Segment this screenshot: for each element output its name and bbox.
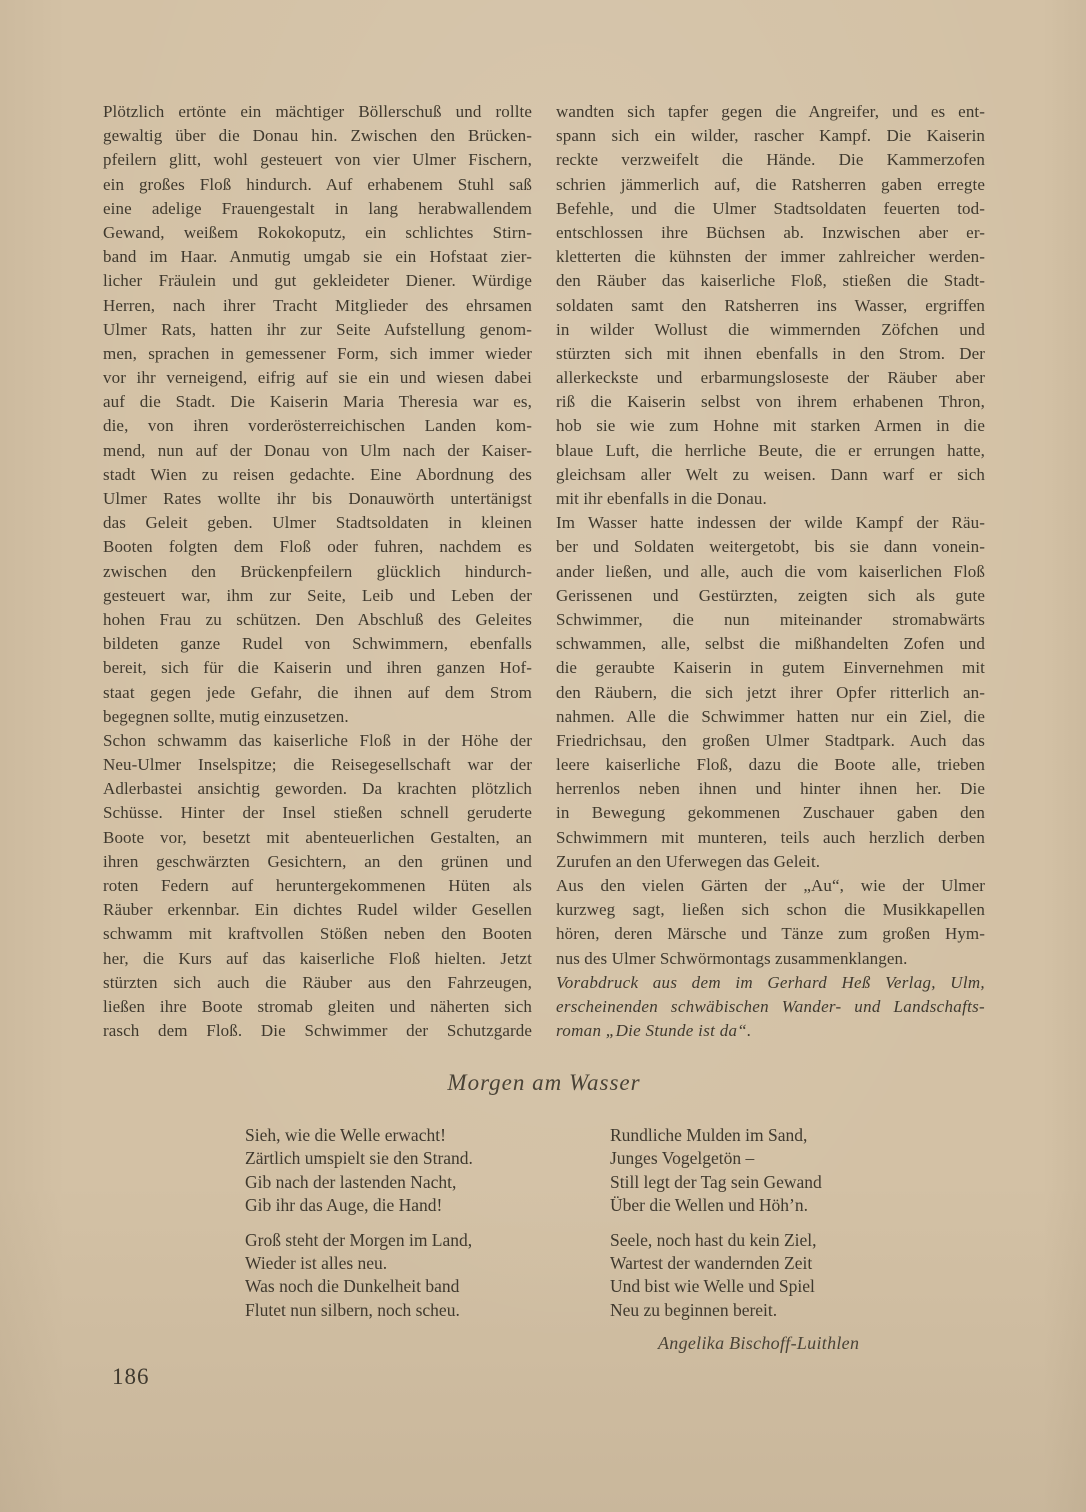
poem-line: Junges Vogelgetön – (610, 1147, 975, 1170)
text-line: Schwimmer, die nun miteinander stromabwä… (556, 608, 985, 632)
text-line: in wilder Wollust die wimmernden Zöfchen… (556, 318, 985, 342)
text-line: hohen Frau zu schützen. Den Abschluß des… (103, 608, 532, 632)
poem-right-column: Rundliche Mulden im Sand,Junges Vogelget… (610, 1124, 975, 1354)
text-line: leere kaiserliche Floß, dazu die Boote a… (556, 753, 985, 777)
text-line: schrien jämmerlich auf, die Ratsherren g… (556, 173, 985, 197)
text-line: ein großes Floß hindurch. Auf erhabenem … (103, 173, 532, 197)
text-line: gleichsam aller Welt zu weisen. Dann war… (556, 463, 985, 487)
poem-line: Über die Wellen und Höh’n. (610, 1194, 975, 1217)
text-line: Schüsse. Hinter der Insel stießen schnel… (103, 801, 532, 825)
text-line: Ulmer Rats, hatten ihr zur Seite Aufstel… (103, 318, 532, 342)
text-line: Herren, nach ihrer Tracht Mitglieder des… (103, 294, 532, 318)
text-line: men, sprachen in gemessener Form, sich i… (103, 342, 532, 366)
text-line: herrenlos neben ihnen und hinter ihnen h… (556, 777, 985, 801)
text-line: Boote vor, besetzt mit abenteuerlichen G… (103, 826, 532, 850)
body-paragraph: Aus den vielen Gärten der „Au“, wie der … (556, 874, 985, 971)
text-line: die, von ihren vorderösterreichischen La… (103, 414, 532, 438)
body-paragraph: Im Wasser hatte indessen der wilde Kampf… (556, 511, 985, 874)
text-line: entschlossen ihre Büchsen ab. Inzwischen… (556, 221, 985, 245)
text-line: den Räubern, die sich jetzt ihrer Opfer … (556, 681, 985, 705)
text-line: stadt Wien zu reisen gedachte. Eine Abor… (103, 463, 532, 487)
text-line: riß die Kaiserin selbst von ihrem erhabe… (556, 390, 985, 414)
text-line: Im Wasser hatte indessen der wilde Kampf… (556, 511, 985, 535)
right-column: wandten sich tapfer gegen die Angreifer,… (556, 100, 985, 1043)
poem-left-column: Sieh, wie die Welle erwacht!Zärtlich ums… (245, 1124, 610, 1354)
text-line: band im Haar. Anmutig umgab sie ein Hofs… (103, 245, 532, 269)
text-line: die geraubte Kaiserin in gutem Einverneh… (556, 656, 985, 680)
poem-stanza: Rundliche Mulden im Sand,Junges Vogelget… (610, 1124, 975, 1218)
text-line: Booten folgten dem Floß oder fuhren, nac… (103, 535, 532, 559)
poem-line: Neu zu beginnen bereit. (610, 1299, 975, 1322)
text-line: rasch dem Floß. Die Schwimmer der Schutz… (103, 1019, 532, 1043)
text-line: erscheinenden schwäbischen Wander- und L… (556, 995, 985, 1019)
text-line: nus des Ulmer Schwörmontags zusammenklan… (556, 947, 985, 971)
text-line: auf die Stadt. Die Kaiserin Maria Theres… (103, 390, 532, 414)
poem-author: Angelika Bischoff-Luithlen (658, 1333, 975, 1354)
text-line: zwischen den Brückenpfeilern glücklich h… (103, 560, 532, 584)
text-line: mend, nun auf der Donau von Ulm nach der… (103, 439, 532, 463)
text-line: kletterten die kühnsten der immer zahlre… (556, 245, 985, 269)
poem-line: Gib ihr das Auge, die Hand! (245, 1194, 610, 1217)
text-line: allerkeckste und erbarmungsloseste der R… (556, 366, 985, 390)
poem-line: Rundliche Mulden im Sand, (610, 1124, 975, 1147)
text-line: Schwimmern mit munteren, teils auch herz… (556, 826, 985, 850)
text-line: pfeilern glitt, wohl gesteuert von vier … (103, 148, 532, 172)
poem-stanza: Seele, noch hast du kein Ziel,Wartest de… (610, 1229, 975, 1323)
text-line: staat gegen jede Gefahr, die ihnen auf d… (103, 681, 532, 705)
text-line: spann sich ein wilder, rascher Kampf. Di… (556, 124, 985, 148)
text-line: bildeten ganze Rudel von Schwimmern, ebe… (103, 632, 532, 656)
text-line: gewaltig über die Donau hin. Zwischen de… (103, 124, 532, 148)
poem-right-stanzas: Rundliche Mulden im Sand,Junges Vogelget… (610, 1124, 975, 1322)
text-line: Plötzlich ertönte ein mächtiger Böllersc… (103, 100, 532, 124)
poem-line: Wartest der wandernden Zeit (610, 1252, 975, 1275)
text-line: ließen ihre Boote stromab gleiten und nä… (103, 995, 532, 1019)
body-paragraph: wandten sich tapfer gegen die Angreifer,… (556, 100, 985, 511)
text-line: schwammen, alle, selbst die mißhandelten… (556, 632, 985, 656)
text-line: Vorabdruck aus dem im Gerhard Heß Verlag… (556, 971, 985, 995)
poem-line: Seele, noch hast du kein Ziel, (610, 1229, 975, 1252)
text-line: Ulmer Rates wollte ihr bis Donauwörth un… (103, 487, 532, 511)
text-line: kurzweg sagt, ließen sich schon die Musi… (556, 898, 985, 922)
text-line: Befehle, und die Ulmer Stadtsoldaten feu… (556, 197, 985, 221)
text-line: hob sie wie zum Hohne mit starken Armen … (556, 414, 985, 438)
text-line: Neu-Ulmer Inselspitze; die Reisegesellsc… (103, 753, 532, 777)
text-line: ber und Soldaten weitergetobt, bis sie d… (556, 535, 985, 559)
text-line: Schon schwamm das kaiserliche Floß in de… (103, 729, 532, 753)
text-line: licher Fräulein und gut gekleideter Dien… (103, 269, 532, 293)
text-line: her, die Kurs auf das kaiserliche Floß h… (103, 947, 532, 971)
text-line: blaue Luft, die herrliche Beute, die er … (556, 439, 985, 463)
text-line: reckte verzweifelt die Hände. Die Kammer… (556, 148, 985, 172)
poem-line: Zärtlich umspielt sie den Strand. (245, 1147, 610, 1170)
text-line: wandten sich tapfer gegen die Angreifer,… (556, 100, 985, 124)
text-line: nahmen. Alle die Schwimmer hatten nur ei… (556, 705, 985, 729)
poem-line: Sieh, wie die Welle erwacht! (245, 1124, 610, 1147)
text-line: vor ihr verneigend, eifrig auf sie ein u… (103, 366, 532, 390)
text-line: stürzten sich mit ihnen ebenfalls in den… (556, 342, 985, 366)
body-paragraph: Schon schwamm das kaiserliche Floß in de… (103, 729, 532, 1043)
text-line: soldaten samt den Ratsherren ins Wasser,… (556, 294, 985, 318)
credit-paragraph: Vorabdruck aus dem im Gerhard Heß Verlag… (556, 971, 985, 1044)
poem-section: Sieh, wie die Welle erwacht!Zärtlich ums… (245, 1124, 975, 1354)
poem-line: Flutet nun silbern, noch scheu. (245, 1299, 610, 1322)
text-line: begegnen sollte, mutig einzusetzen. (103, 705, 532, 729)
poem-line: Was noch die Dunkelheit band (245, 1275, 610, 1298)
article-text-block: Plötzlich ertönte ein mächtiger Böllersc… (103, 100, 985, 1043)
text-line: gesteuert war, ihm zur Seite, Leib und L… (103, 584, 532, 608)
text-line: roten Federn auf heruntergekommenen Hüte… (103, 874, 532, 898)
body-paragraph: Plötzlich ertönte ein mächtiger Böllersc… (103, 100, 532, 729)
text-line: das Geleit geben. Ulmer Stadtsoldaten in… (103, 511, 532, 535)
poem-line: Wieder ist alles neu. (245, 1252, 610, 1275)
text-line: in Bewegung gekommenen Zuschauer gaben d… (556, 801, 985, 825)
poem-stanza: Groß steht der Morgen im Land,Wieder ist… (245, 1229, 610, 1323)
text-line: Friedrichsau, den großen Ulmer Stadtpark… (556, 729, 985, 753)
poem-line: Gib nach der lastenden Nacht, (245, 1171, 610, 1194)
poem-line: Still legt der Tag sein Gewand (610, 1171, 975, 1194)
text-line: schwamm mit kraftvollen Stößen neben den… (103, 922, 532, 946)
text-line: mit ihr ebenfalls in die Donau. (556, 487, 985, 511)
text-line: Aus den vielen Gärten der „Au“, wie der … (556, 874, 985, 898)
text-line: stürzten sich auch die Räuber aus den Fa… (103, 971, 532, 995)
text-line: Zurufen an den Uferwegen das Geleit. (556, 850, 985, 874)
text-line: bereit, sich für die Kaiserin und ihren … (103, 656, 532, 680)
poem-line: Und bist wie Welle und Spiel (610, 1275, 975, 1298)
text-line: Räuber erkennbar. Ein dichtes Rudel wild… (103, 898, 532, 922)
text-line: den Räuber das kaiserliche Floß, stießen… (556, 269, 985, 293)
text-line: roman „Die Stunde ist da“. (556, 1019, 985, 1043)
text-line: eine adelige Frauengestalt in lang herab… (103, 197, 532, 221)
poem-line: Groß steht der Morgen im Land, (245, 1229, 610, 1252)
text-line: ander ließen, und alle, auch die vom kai… (556, 560, 985, 584)
poem-stanza: Sieh, wie die Welle erwacht!Zärtlich ums… (245, 1124, 610, 1218)
left-column: Plötzlich ertönte ein mächtiger Böllersc… (103, 100, 532, 1043)
text-line: hören, deren Märsche und Tänze zum große… (556, 922, 985, 946)
page-number: 186 (112, 1364, 150, 1390)
text-line: Adlerbastei ansichtig geworden. Da krach… (103, 777, 532, 801)
text-line: ihren geschwärzten Gesichtern, an den gr… (103, 850, 532, 874)
poem-title: Morgen am Wasser (103, 1070, 985, 1096)
text-line: Gerissenen und Gestürzten, zeigten sich … (556, 584, 985, 608)
text-line: Gewand, weißem Rokokoputz, ein schlichte… (103, 221, 532, 245)
